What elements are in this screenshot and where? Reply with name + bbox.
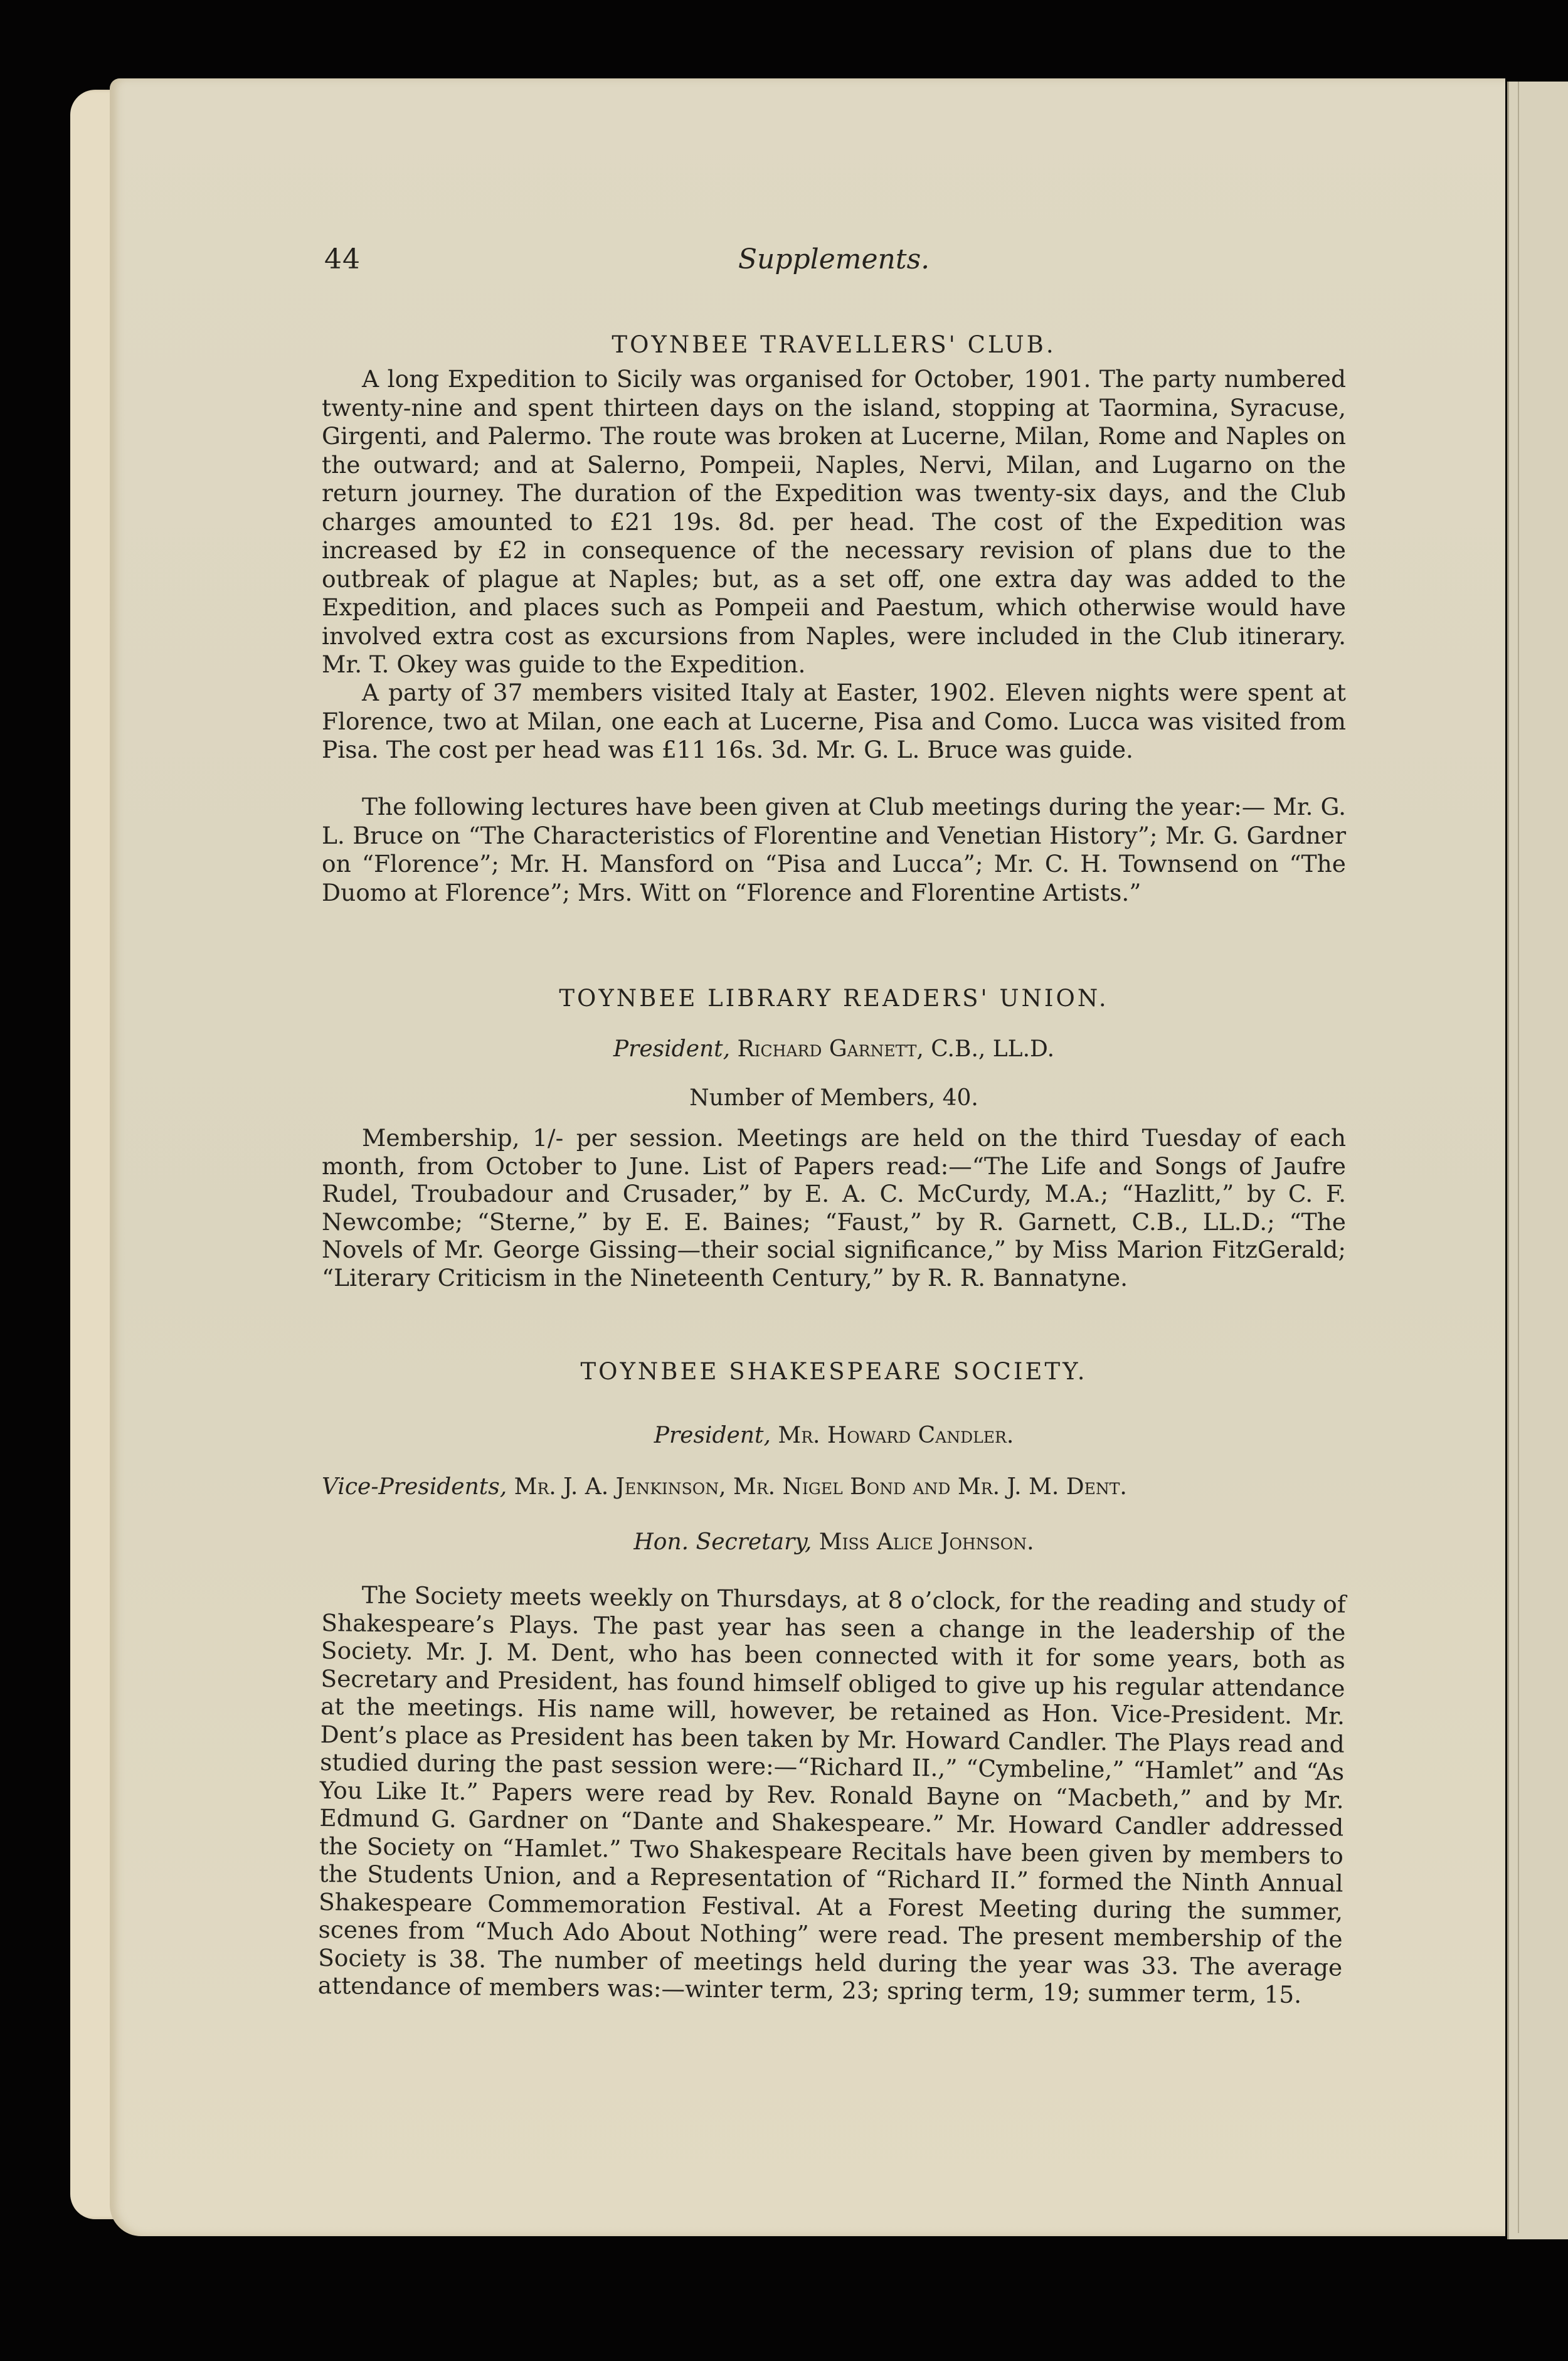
shakespeare-secretary-line: Hon. Secretary, Miss Alice Johnson. (322, 1529, 1346, 1555)
travellers-paragraph-lectures: The following lectures have been given a… (322, 793, 1346, 907)
president-role-label: President, (613, 1036, 730, 1062)
library-member-count: Number of Members, 40. (322, 1085, 1346, 1111)
library-paragraph: Membership, 1/- per session. Meetings ar… (322, 1124, 1346, 1292)
section-title-library-readers-union: TOYNBEE LIBRARY READERS' UNION. (322, 985, 1346, 1012)
shakespeare-president-line: President, Mr. Howard Candler. (322, 1423, 1346, 1448)
shakespeare-paragraph: The Society meets weekly on Thursdays, a… (318, 1581, 1346, 2009)
vice-presidents-names: Mr. J. A. Jenkinson, Mr. Nigel Bond and … (514, 1474, 1127, 1500)
secretary-name: Miss Alice Johnson. (819, 1529, 1034, 1555)
president-name: Mr. Howard Candler. (778, 1423, 1014, 1448)
section-title-travellers-club: TOYNBEE TRAVELLERS' CLUB. (322, 331, 1346, 358)
running-head: 44 Supplements. (322, 243, 1346, 281)
president-role-label: President, (654, 1423, 771, 1448)
travellers-paragraph-sicily: A long Expedition to Sicily was organise… (322, 365, 1346, 679)
travellers-paragraph-easter: A party of 37 members visited Italy at E… (322, 679, 1346, 765)
section-title-shakespeare-society: TOYNBEE SHAKESPEARE SOCIETY. (322, 1358, 1346, 1385)
president-name: Richard Garnett, C.B., LL.D. (738, 1036, 1055, 1062)
secretary-role-label: Hon. Secretary, (633, 1529, 812, 1555)
shakespeare-vice-presidents-line: Vice-Presidents, Mr. J. A. Jenkinson, Mr… (322, 1474, 1346, 1500)
library-president-line: President, Richard Garnett, C.B., LL.D. (322, 1036, 1346, 1062)
facing-page-edge (1507, 82, 1568, 2239)
gutter-fold (1518, 82, 1519, 2233)
vice-presidents-role-label: Vice-Presidents, (322, 1474, 507, 1500)
running-title: Supplements. (322, 243, 1346, 275)
